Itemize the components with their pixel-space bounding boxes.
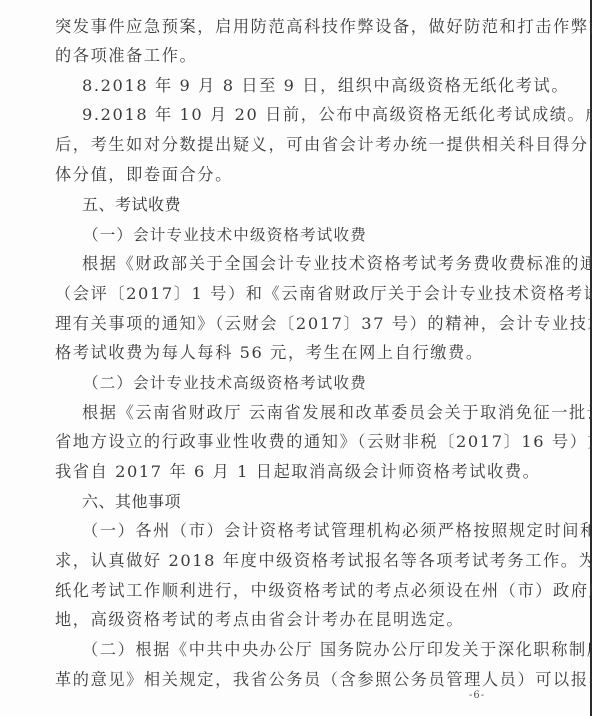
page-number: -6- <box>469 690 485 701</box>
paragraph-line: 纸化考试工作顺利进行，中级资格考试的考点必须设在州（市）政府所在 <box>55 580 480 602</box>
paragraph-line: 理有关事项的通知》（云财会〔2017〕37 号）的精神，会计专业技术中级资 <box>55 313 480 335</box>
paragraph-line: 的各项准备工作。 <box>55 45 480 67</box>
paragraph-line: 我省自 2017 年 6 月 1 日起取消高级会计师资格考试收费。 <box>55 461 480 483</box>
paragraph-line: 地，高级资格考试的考点由省会计考办在昆明选定。 <box>55 609 480 631</box>
section-heading-other: 六、其他事项 <box>82 491 480 513</box>
section-heading-fees: 五、考试收费 <box>82 194 480 216</box>
paragraph-line: 根据《财政部关于全国会计专业技术资格考试考务费收费标准的通知》 <box>82 253 480 275</box>
paragraph-line: 根据《云南省财政厅 云南省发展和改革委员会关于取消免征一批云南 <box>82 402 480 424</box>
paragraph-line: （一）各州（市）会计资格考试管理机构必须严格按照规定时间和要 <box>82 520 480 542</box>
subsection-heading-intermediate-fee: （一）会计专业技术中级资格考试收费 <box>83 224 508 246</box>
paragraph-line: 求，认真做好 2018 年度中级资格考试报名等各项考试考务工作。为确保无 <box>55 550 480 572</box>
paragraph-line: 体分值，即卷面合分。 <box>55 164 480 186</box>
list-item-8: 8.2018 年 9 月 8 日至 9 日，组织中高级资格无纸化考试。 <box>82 75 480 97</box>
subsection-heading-senior-fee: （二）会计专业技术高级资格考试收费 <box>83 372 508 394</box>
paragraph-line: 革的意见》相关规定，我省公务员（含参照公务员管理人员）可以报名参 <box>55 669 480 691</box>
paragraph-line: （会评〔2017〕1 号）和《云南省财政厅关于会计专业技术资格考试收费管 <box>55 283 480 305</box>
paragraph-line: 格考试收费为每人每科 56 元，考生在网上自行缴费。 <box>55 342 480 364</box>
paragraph-line: （二）根据《中共中央办公厅 国务院办公厅印发关于深化职称制度改 <box>82 639 480 661</box>
paragraph-line: 省地方设立的行政事业性收费的通知》（云财非税〔2017〕16 号）文件要求， <box>55 431 480 453</box>
list-item-9: 9.2018 年 10 月 20 日前，公布中高级资格无纸化考试成绩。成绩公布 <box>82 104 480 126</box>
paragraph-line: 突发事件应急预案，启用防范高科技作弊设备，做好防范和打击作弊活动 <box>55 16 480 38</box>
paragraph-line: 后，考生如对分数提出疑义，可由省会计考办统一提供相关科目得分的具 <box>55 134 480 156</box>
document-page: 突发事件应急预案，启用防范高科技作弊设备，做好防范和打击作弊活动 的各项准备工作… <box>0 0 592 716</box>
